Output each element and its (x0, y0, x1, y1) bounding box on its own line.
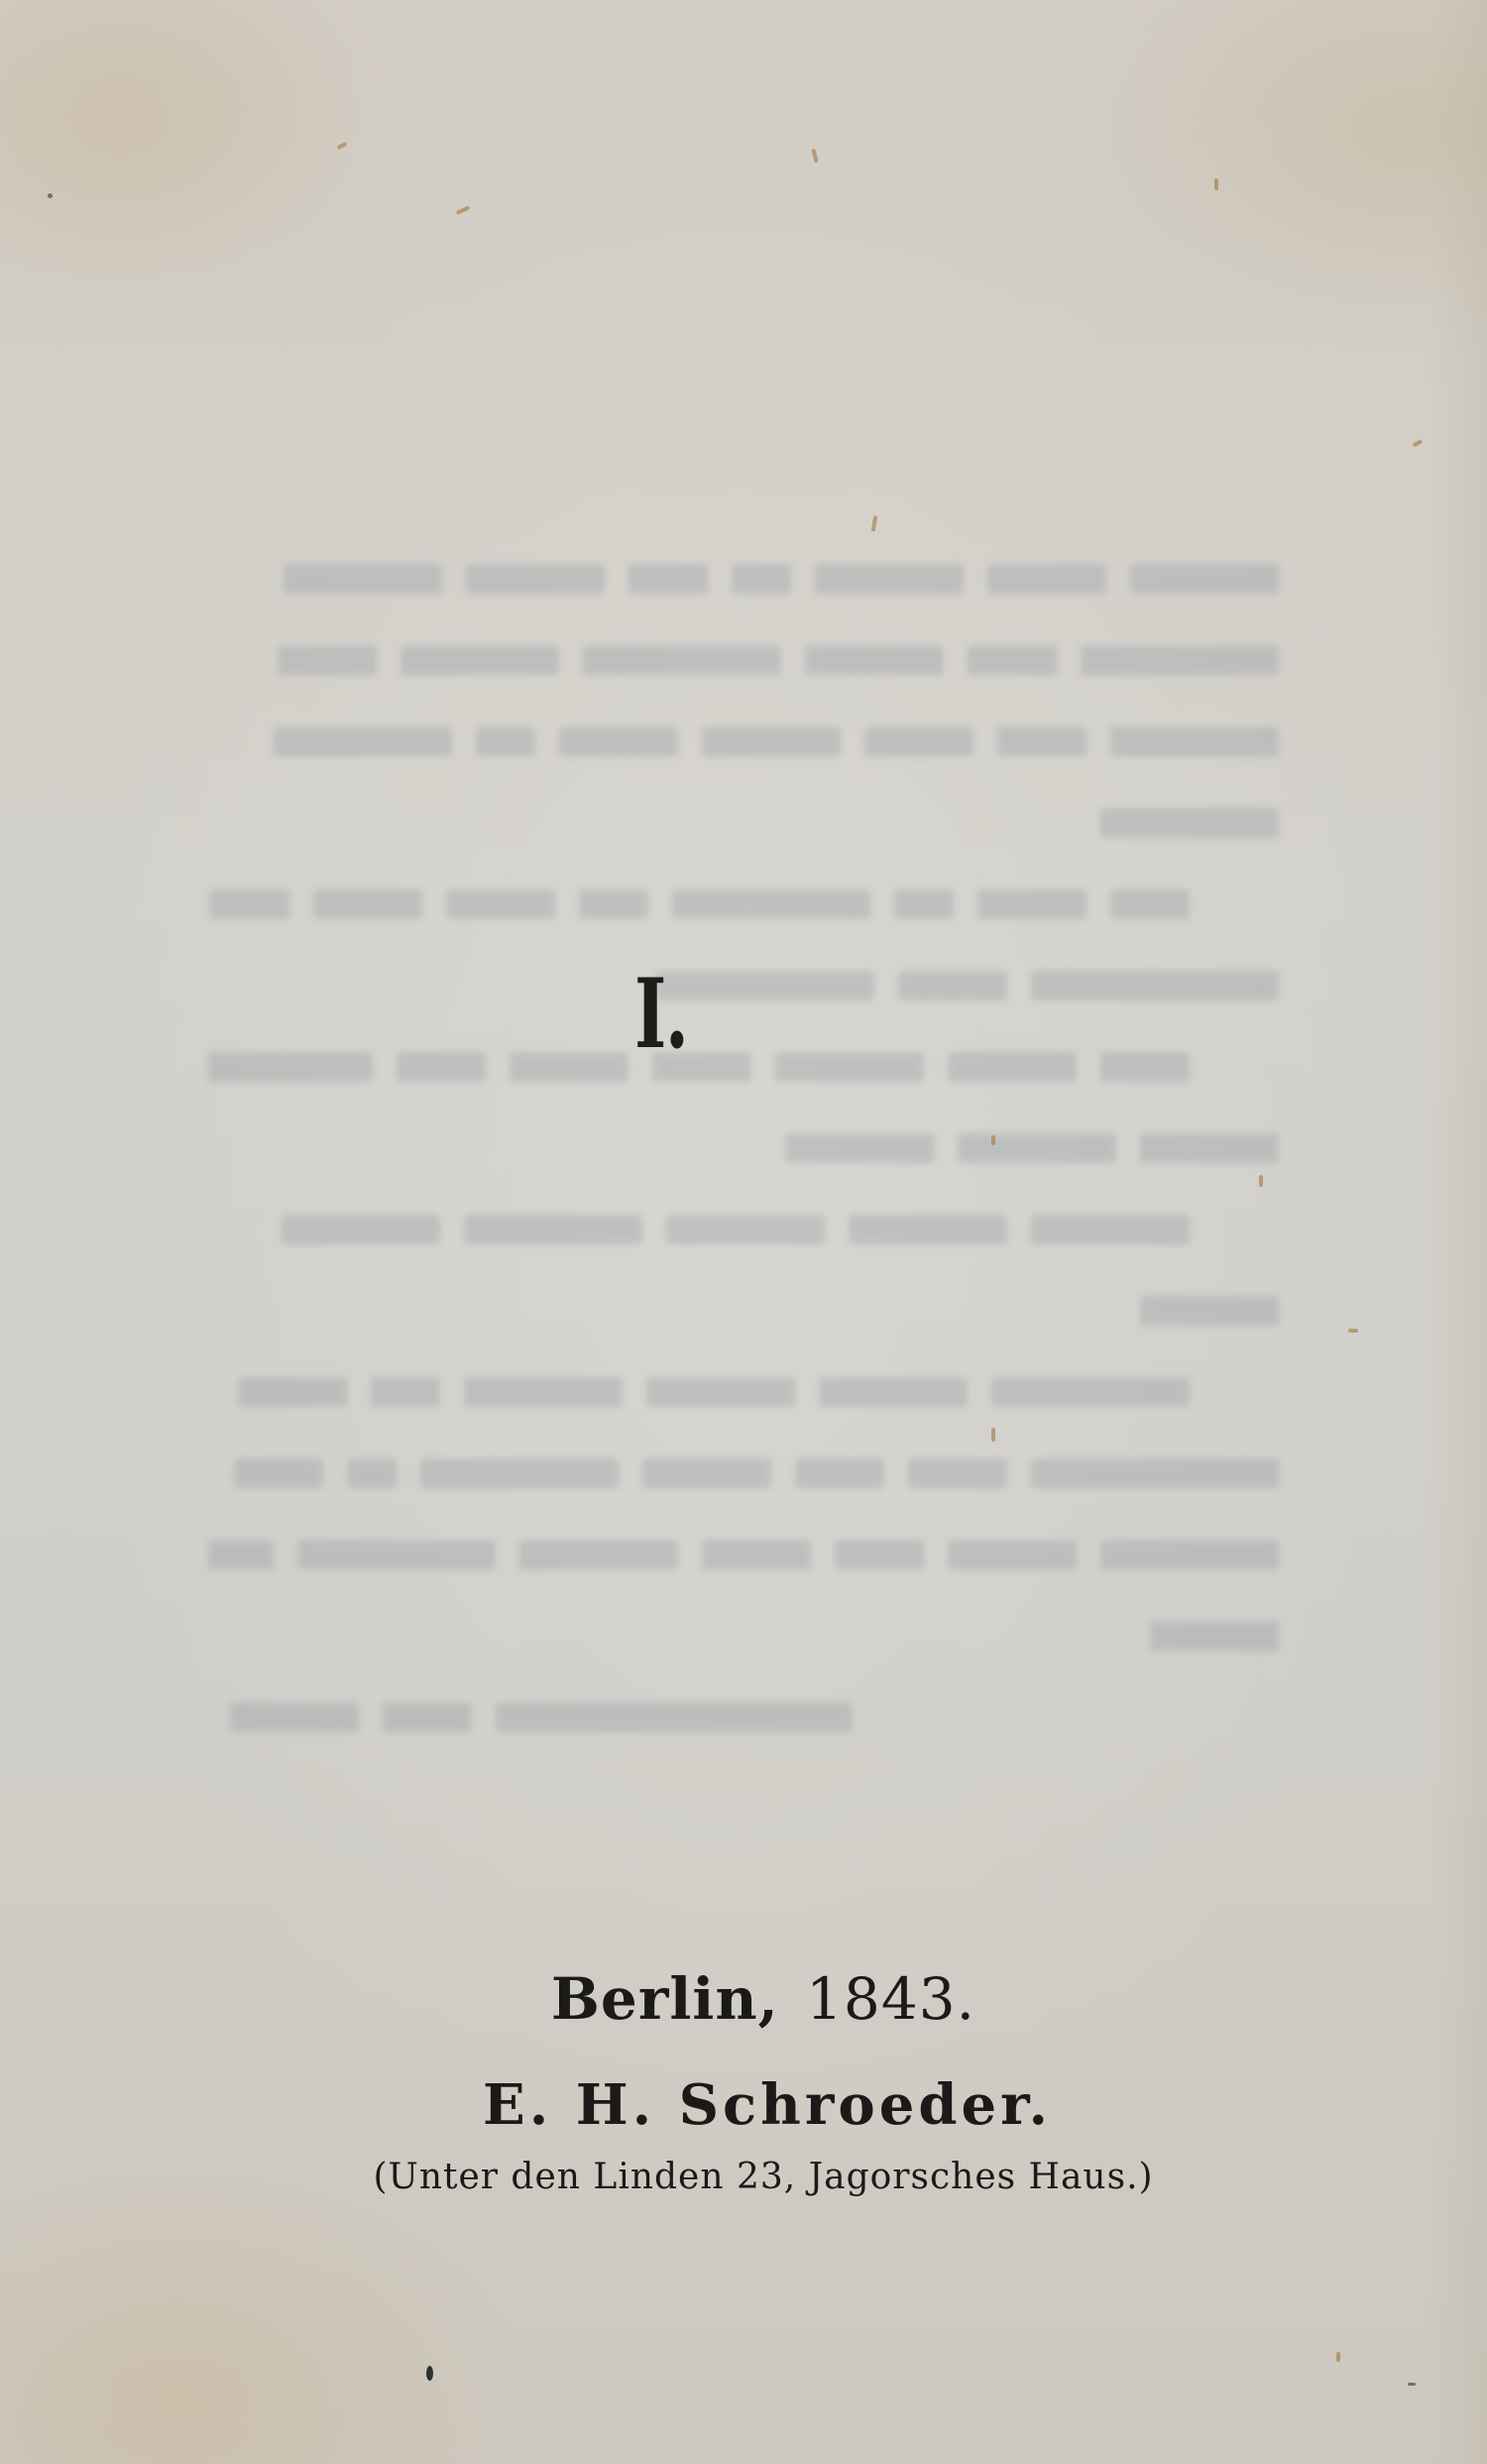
paper-fleck (871, 516, 878, 531)
ghost-line (208, 1430, 1279, 1511)
ghost-line (208, 535, 1279, 617)
ghost-line (208, 1105, 1279, 1186)
ghost-line (208, 1349, 1279, 1430)
ghost-line (208, 1023, 1279, 1105)
paper-fleck (1259, 1175, 1263, 1187)
paper-fleck (456, 205, 470, 215)
imprint-address: (Unter den Linden 23, Jagorsches Haus.) (0, 2157, 1487, 2197)
ghost-line (208, 1511, 1279, 1592)
paper-fleck (1348, 1329, 1358, 1333)
paper-fleck (811, 149, 818, 164)
book-title-page: I. Berlin, 1843. E. H. Schroeder. (Unter… (0, 0, 1487, 2464)
show-through-text (208, 535, 1279, 1755)
ghost-line (208, 1674, 1279, 1755)
paper-fleck (1214, 178, 1218, 190)
ghost-line (208, 617, 1279, 698)
ghost-line (208, 1186, 1279, 1267)
ghost-line (208, 698, 1279, 779)
paper-fleck (337, 142, 348, 150)
ghost-line (208, 779, 1279, 861)
ghost-line (208, 1267, 1279, 1349)
volume-numeral: I. (634, 967, 688, 1062)
paper-fleck (48, 193, 53, 198)
imprint-publisher: E. H. Schroeder. (0, 2072, 1487, 2138)
paper-fleck (1408, 2383, 1416, 2386)
paper-fleck (991, 1135, 995, 1145)
imprint-year: 1843. (806, 1965, 975, 2033)
imprint-city: Berlin, (551, 1965, 779, 2033)
imprint-place-date: Berlin, 1843. (0, 1965, 1487, 2033)
ghost-line (208, 1592, 1279, 1674)
ghost-line (208, 861, 1279, 942)
ink-mark (426, 2366, 433, 2381)
ghost-line (208, 942, 1279, 1023)
paper-fleck (1413, 439, 1424, 447)
paper-fleck (991, 1428, 995, 1442)
paper-fleck (1336, 2352, 1340, 2362)
